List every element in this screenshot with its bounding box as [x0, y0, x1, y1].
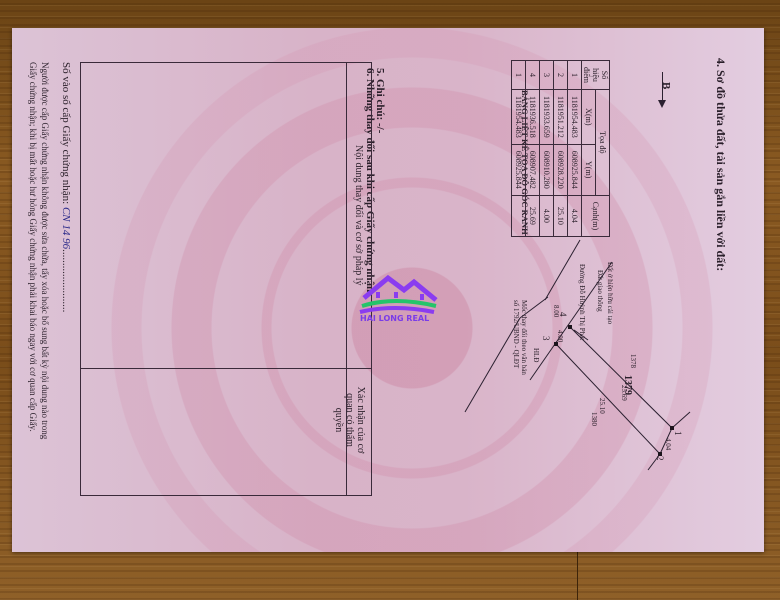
road-label-street: Đường Đỗ Huỳnh Thị Phát: [578, 264, 586, 340]
edge-p2-p3: 25.10: [598, 398, 606, 414]
road-label-transport: Đất giao thông: [596, 270, 604, 312]
edge-p4-p1: 25.69: [620, 385, 628, 401]
neighbor-parcel-1378: 1378: [629, 354, 637, 368]
hai-long-real-watermark: HAI LONG REAL: [354, 268, 444, 328]
road-width: 8.00: [552, 305, 560, 317]
corridor-label: HLĐ: [532, 348, 540, 362]
watermark-text: HAI LONG REAL: [360, 314, 429, 323]
registry-value: CN 14 96: [60, 207, 72, 249]
changes-col-content: Nội dung thay đổi và cơ sở pháp lý: [353, 145, 364, 286]
registry-dots: .......................: [60, 249, 72, 312]
edge-p3-p4: 4.00: [556, 330, 564, 342]
changes-divider: [81, 368, 371, 369]
registry-label: Số vào sổ cấp Giấy chứng nhận:: [60, 62, 72, 204]
point-1-label: 1: [673, 431, 683, 436]
changes-table: [80, 62, 372, 496]
footer-note-line-2: Giấy chứng nhận; khi bị mất hoặc hư hỏng…: [28, 62, 38, 432]
point-2-label: 2: [655, 456, 665, 461]
edge-p1-p2: 4.04: [664, 438, 672, 450]
decision-label: Mốc thay đổi theo văn bản số 1792/UBND -…: [512, 300, 528, 380]
road-label-residential: Đất ở hiện hữu cải tạo: [606, 262, 614, 324]
neighbor-parcel-1380: 1380: [590, 412, 598, 426]
registry-line: Số vào sổ cấp Giấy chứng nhận: CN 14 96.…: [60, 62, 72, 312]
point-3-label: 3: [541, 336, 551, 341]
footer-note-line-1: Người được cấp Giấy chứng nhận không đượ…: [40, 62, 50, 439]
changes-col-confirm: Xác nhận của cơ quan có thẩm quyền: [333, 380, 366, 460]
